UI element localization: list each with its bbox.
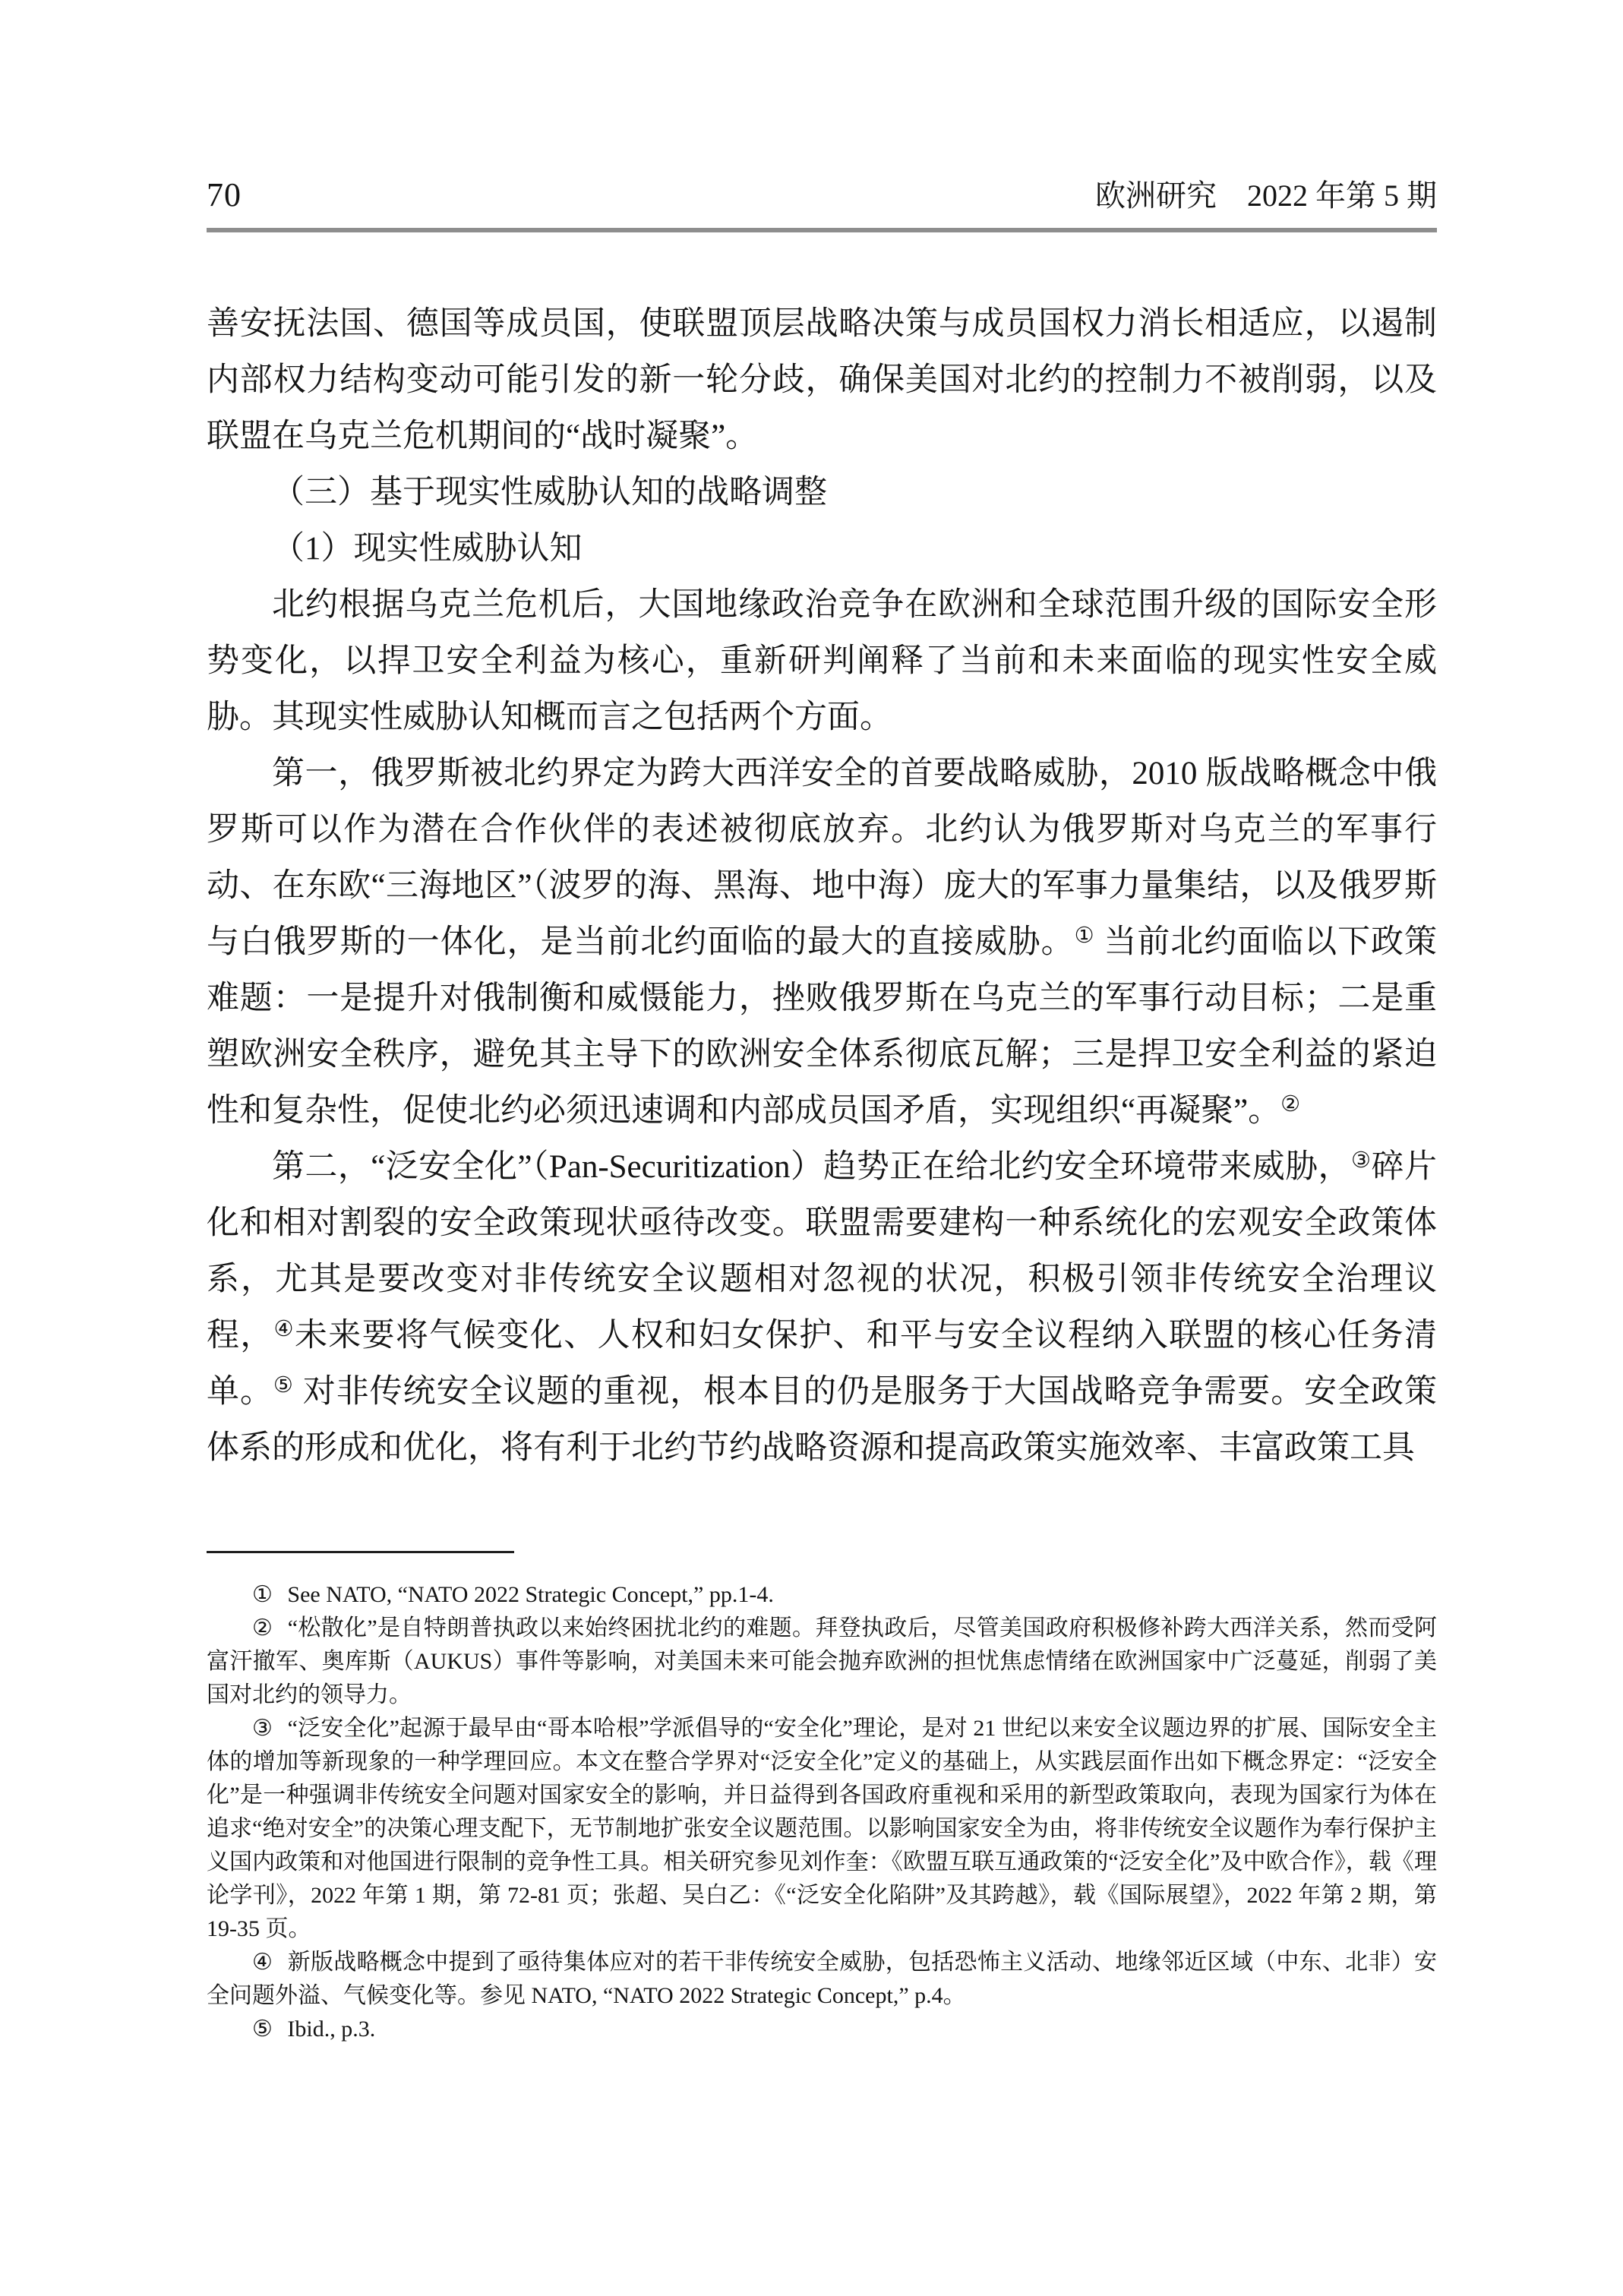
footnote-text: 新版战略概念中提到了亟待集体应对的若干非传统安全威胁，包括恐怖主义活动、地缘邻近… bbox=[207, 1950, 1437, 2008]
footnote-item: ④新版战略概念中提到了亟待集体应对的若干非传统安全威胁，包括恐怖主义活动、地缘邻… bbox=[207, 1946, 1437, 2013]
footnote-text: See NATO, “NATO 2022 Strategic Concept,”… bbox=[287, 1582, 773, 1607]
footnote-marker: ③ bbox=[252, 1716, 273, 1741]
document-page: 70 欧洲研究 2022 年第 5 期 善安抚法国、德国等成员国，使联盟顶层战略… bbox=[0, 0, 1623, 2296]
footnote-text: “泛安全化”起源于最早由“哥本哈根”学派倡导的“安全化”理论，是对 21 世纪以… bbox=[207, 1716, 1437, 1941]
paragraph: 第一，俄罗斯被北约界定为跨大西洋安全的首要战略威胁，2010 版战略概念中俄罗斯… bbox=[207, 746, 1437, 1139]
footnote-reference: ① bbox=[1075, 924, 1095, 948]
header-rule bbox=[207, 228, 1437, 232]
footnote-reference: ④ bbox=[274, 1317, 295, 1341]
running-head: 70 欧洲研究 2022 年第 5 期 bbox=[207, 172, 1437, 215]
footnote-marker: ⑤ bbox=[252, 2017, 273, 2042]
journal-issue-label: 欧洲研究 2022 年第 5 期 bbox=[1095, 172, 1437, 215]
body-text: 善安抚法国、德国等成员国，使联盟顶层战略决策与成员国权力消长相适应，以遏制内部权… bbox=[207, 296, 1437, 1476]
footnote-item: ①See NATO, “NATO 2022 Strategic Concept,… bbox=[207, 1578, 1437, 1612]
paragraph: 北约根据乌克兰危机后，大国地缘政治竞争在欧洲和全球范围升级的国际安全形势变化，以… bbox=[207, 577, 1437, 746]
footnote-text: “松散化”是自特朗普执政以来始终困扰北约的难题。拜登执政后，尽管美国政府积极修补… bbox=[207, 1615, 1437, 1707]
footnote-item: ⑤Ibid., p.3. bbox=[207, 2013, 1437, 2046]
footnote-reference: ③ bbox=[1351, 1148, 1372, 1173]
footnote-marker: ① bbox=[252, 1582, 273, 1607]
footnotes: ①See NATO, “NATO 2022 Strategic Concept,… bbox=[207, 1578, 1437, 2046]
paragraph-text: 对非传统安全议题的重视，根本目的仍是服务于大国战略竞争需要。安全政策体系的形成和… bbox=[207, 1374, 1437, 1466]
paragraph-text: （三）基于现实性威胁认知的战略调整 bbox=[272, 475, 827, 510]
footnote-item: ③“泛安全化”起源于最早由“哥本哈根”学派倡导的“安全化”理论，是对 21 世纪… bbox=[207, 1712, 1437, 1946]
paragraph-text: 第二，“泛安全化”（Pan-Securitization）趋势正在给北约安全环境… bbox=[272, 1149, 1351, 1185]
page-number: 70 bbox=[207, 175, 242, 214]
paragraph: （三）基于现实性威胁认知的战略调整 bbox=[207, 465, 1437, 521]
footnote-marker: ④ bbox=[252, 1950, 273, 1975]
footnote-marker: ② bbox=[252, 1615, 273, 1641]
footnote-separator bbox=[207, 1551, 514, 1553]
paragraph: 善安抚法国、德国等成员国，使联盟顶层战略决策与成员国权力消长相适应，以遏制内部权… bbox=[207, 296, 1437, 465]
paragraph-text: 北约根据乌克兰危机后，大国地缘政治竞争在欧洲和全球范围升级的国际安全形势变化，以… bbox=[207, 587, 1437, 735]
paragraph-text: （1）现实性威胁认知 bbox=[272, 531, 583, 567]
footnote-text: Ibid., p.3. bbox=[287, 2017, 375, 2042]
footnote-reference: ② bbox=[1280, 1092, 1300, 1116]
paragraph: （1）现实性威胁认知 bbox=[207, 521, 1437, 577]
paragraph-text: 善安抚法国、德国等成员国，使联盟顶层战略决策与成员国权力消长相适应，以遏制内部权… bbox=[207, 306, 1437, 454]
footnote-reference: ⑤ bbox=[273, 1373, 294, 1397]
paragraph: 第二，“泛安全化”（Pan-Securitization）趋势正在给北约安全环境… bbox=[207, 1139, 1437, 1476]
footnote-item: ②“松散化”是自特朗普执政以来始终困扰北约的难题。拜登执政后，尽管美国政府积极修… bbox=[207, 1612, 1437, 1712]
